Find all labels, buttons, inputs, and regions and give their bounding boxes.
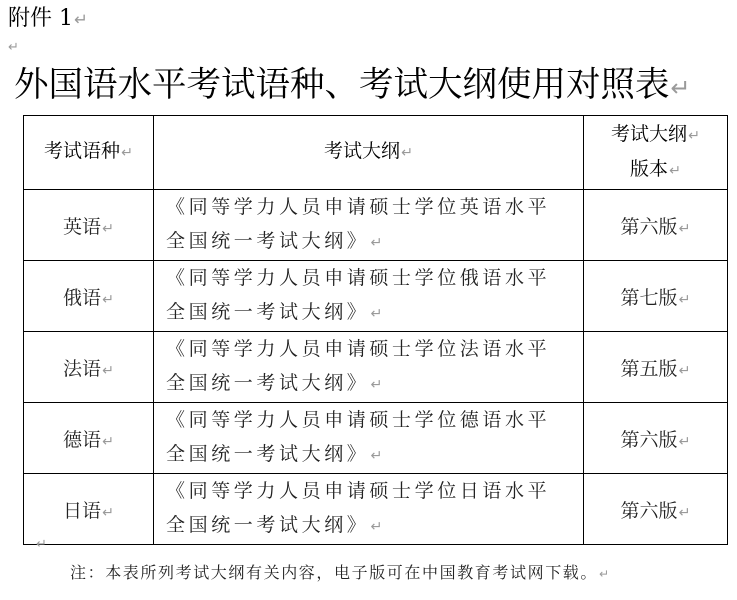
paragraph-mark-icon: ↵ [102, 292, 114, 308]
footnote: 注：本表所列考试大纲有关内容，电子版可在中国教育考试网下载。↵ [70, 561, 611, 586]
language-text: 德语 [63, 429, 101, 451]
header-version-line1: 考试大纲 [611, 123, 687, 145]
language-text: 法语 [63, 358, 101, 380]
attachment-label: 附件 1↵ [8, 4, 88, 35]
version-text: 第六版 [621, 216, 678, 238]
version-cell: 第六版↵ [584, 474, 728, 545]
outline-cell: 《同等学力人员申请硕士学位德语水平全国统一考试大纲》↵ [154, 403, 584, 474]
outline-cell: 《同等学力人员申请硕士学位俄语水平全国统一考试大纲》↵ [154, 261, 584, 332]
paragraph-mark-icon: ↵ [688, 128, 700, 144]
table-row: 德语↵ 《同等学力人员申请硕士学位德语水平全国统一考试大纲》↵ 第六版↵ [24, 403, 728, 474]
footnote-text: 注：本表所列考试大纲有关内容，电子版可在中国教育考试网下载。 [70, 563, 598, 582]
header-outline-text: 考试大纲 [324, 140, 400, 162]
paragraph-mark-icon: ↵ [370, 448, 386, 464]
outline-line2: 全国统一考试大纲》 [166, 230, 369, 252]
language-cell: 日语↵ [24, 474, 154, 545]
version-text: 第六版 [621, 429, 678, 451]
paragraph-mark-icon: ↵ [370, 235, 386, 251]
table-header-row: 考试语种↵ 考试大纲↵ 考试大纲↵版本↵ [24, 116, 728, 190]
version-cell: 第七版↵ [584, 261, 728, 332]
attachment-label-text: 附件 1 [8, 6, 73, 31]
version-text: 第五版 [621, 358, 678, 380]
document-title: 外国语水平考试语种、考试大纲使用对照表↵ [14, 60, 691, 113]
version-text: 第七版 [621, 287, 678, 309]
language-cell: 俄语↵ [24, 261, 154, 332]
paragraph-mark-icon: ↵ [102, 434, 114, 450]
paragraph-mark-icon: ↵ [669, 163, 681, 179]
version-text: 第六版 [621, 500, 678, 522]
paragraph-mark-icon: ↵ [679, 505, 691, 521]
paragraph-mark-icon: ↵ [679, 221, 691, 237]
paragraph-mark-icon: ↵ [121, 145, 133, 161]
paragraph-mark-icon: ↵ [102, 221, 114, 237]
table-row: 英语↵ 《同等学力人员申请硕士学位英语水平全国统一考试大纲》↵ 第六版↵ [24, 190, 728, 261]
outline-line1: 《同等学力人员申请硕士学位德语水平 [166, 409, 550, 431]
paragraph-mark-icon: ↵ [679, 363, 691, 379]
language-cell: 德语↵ [24, 403, 154, 474]
language-text: 英语 [63, 216, 101, 238]
empty-paragraph-mark-icon: ↵ [8, 40, 19, 56]
outline-line1: 《同等学力人员申请硕士学位俄语水平 [166, 267, 550, 289]
exam-outline-table: 考试语种↵ 考试大纲↵ 考试大纲↵版本↵ 英语↵ 《同等学力人员申请硕士学位英语… [23, 115, 728, 545]
outline-cell: 《同等学力人员申请硕士学位法语水平全国统一考试大纲》↵ [154, 332, 584, 403]
outline-cell: 《同等学力人员申请硕士学位英语水平全国统一考试大纲》↵ [154, 190, 584, 261]
version-cell: 第六版↵ [584, 190, 728, 261]
document-title-text: 外国语水平考试语种、考试大纲使用对照表 [14, 65, 670, 105]
outline-line1: 《同等学力人员申请硕士学位法语水平 [166, 338, 550, 360]
version-cell: 第五版↵ [584, 332, 728, 403]
outline-line1: 《同等学力人员申请硕士学位英语水平 [166, 196, 550, 218]
outline-cell: 《同等学力人员申请硕士学位日语水平全国统一考试大纲》↵ [154, 474, 584, 545]
outline-line1: 《同等学力人员申请硕士学位日语水平 [166, 480, 550, 502]
empty-paragraph-mark-icon: ↵ [36, 537, 47, 552]
table-row: 法语↵ 《同等学力人员申请硕士学位法语水平全国统一考试大纲》↵ 第五版↵ [24, 332, 728, 403]
language-cell: 法语↵ [24, 332, 154, 403]
paragraph-mark-icon: ↵ [370, 519, 386, 535]
paragraph-mark-icon: ↵ [401, 145, 413, 161]
paragraph-mark-icon: ↵ [74, 10, 88, 29]
header-language: 考试语种↵ [24, 116, 154, 190]
paragraph-mark-icon: ↵ [370, 377, 386, 393]
outline-line2: 全国统一考试大纲》 [166, 372, 369, 394]
table-row: 俄语↵ 《同等学力人员申请硕士学位俄语水平全国统一考试大纲》↵ 第七版↵ [24, 261, 728, 332]
table-row: 日语↵ 《同等学力人员申请硕士学位日语水平全国统一考试大纲》↵ 第六版↵ [24, 474, 728, 545]
header-language-text: 考试语种 [44, 140, 120, 162]
version-cell: 第六版↵ [584, 403, 728, 474]
header-version: 考试大纲↵版本↵ [584, 116, 728, 190]
header-outline: 考试大纲↵ [154, 116, 584, 190]
outline-line2: 全国统一考试大纲》 [166, 301, 369, 323]
paragraph-mark-icon: ↵ [679, 292, 691, 308]
paragraph-mark-icon: ↵ [671, 74, 691, 102]
language-text: 日语 [63, 500, 101, 522]
outline-line2: 全国统一考试大纲》 [166, 514, 369, 536]
paragraph-mark-icon: ↵ [679, 434, 691, 450]
header-version-line2: 版本 [630, 158, 668, 180]
paragraph-mark-icon: ↵ [102, 363, 114, 379]
paragraph-mark-icon: ↵ [370, 306, 386, 322]
language-text: 俄语 [63, 287, 101, 309]
paragraph-mark-icon: ↵ [599, 567, 611, 581]
outline-line2: 全国统一考试大纲》 [166, 443, 369, 465]
paragraph-mark-icon: ↵ [102, 505, 114, 521]
language-cell: 英语↵ [24, 190, 154, 261]
